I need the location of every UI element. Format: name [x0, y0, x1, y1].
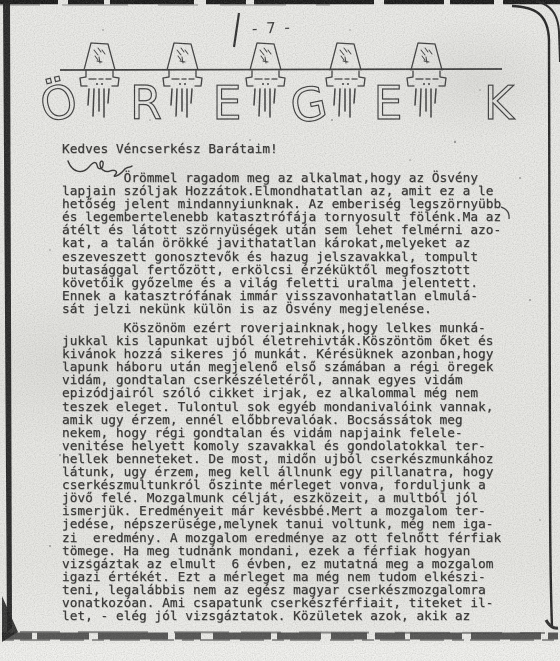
title-letter: Ö [35, 72, 83, 133]
old-scout-figure [326, 43, 365, 117]
title-letter: K [484, 76, 516, 130]
old-scout-figure [407, 43, 446, 117]
header-title: Ö R E G E K [35, 72, 516, 135]
old-scout-figure [80, 43, 119, 117]
scan-right-edge [512, 1, 560, 628]
scan-top-edge [0, 2, 560, 5]
letter-paragraph: Örömmel ragadom meg az alkalmat,hogy az … [62, 172, 501, 316]
letter-paragraph: Köszönöm ezért roverjainknak,hogy lelkes… [62, 322, 501, 623]
page-number: - 7 - [252, 18, 293, 37]
old-scout-figure [163, 43, 202, 117]
ink-tail-mark [501, 207, 509, 219]
old-scout-figure [246, 43, 285, 117]
title-letter: G [286, 75, 332, 135]
title-letter: E [212, 76, 241, 130]
scanned-letter-page: - 7 - Ö R E G E K [0, 0, 560, 661]
title-letter: R [130, 76, 162, 130]
scan-left-edge [3, 0, 12, 632]
salutation: Kedves Véncserkész Barátaim! [62, 143, 278, 156]
pen-stroke-mark [234, 13, 239, 47]
page-number-group: - 7 - [234, 13, 292, 47]
scan-bottom-margin [0, 644, 560, 661]
title-letter: E [373, 76, 402, 130]
